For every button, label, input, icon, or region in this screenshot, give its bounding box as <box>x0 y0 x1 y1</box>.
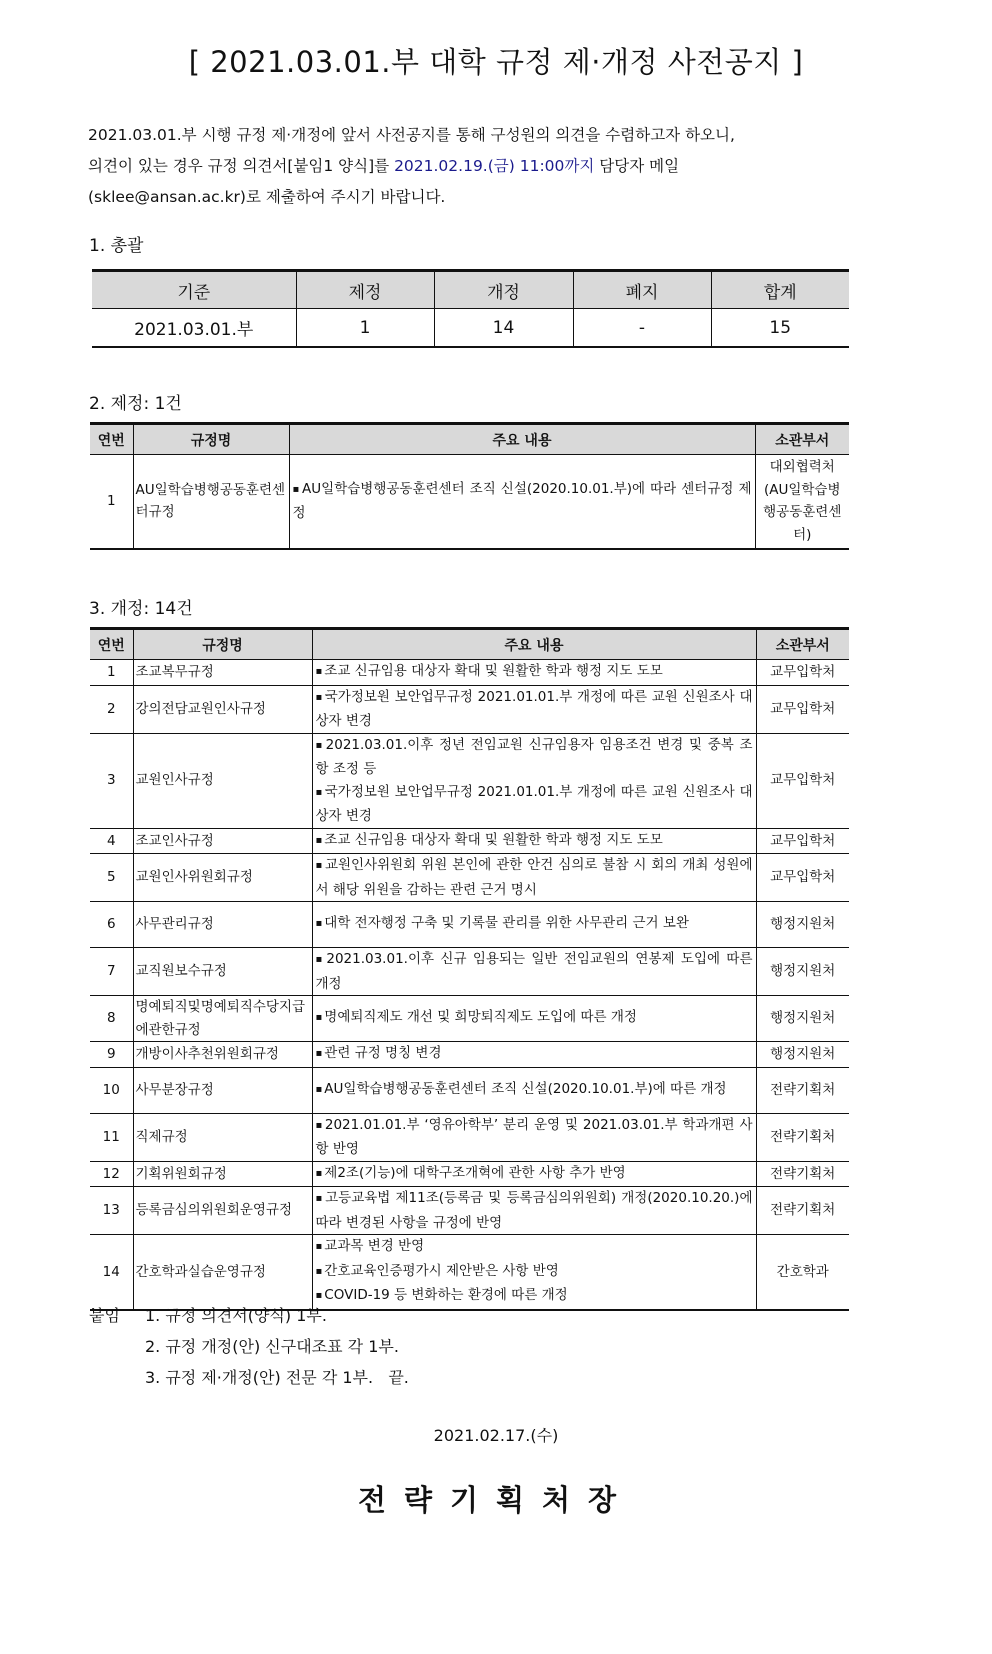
table-row: 10 사무분장규정 AU일학습병행공동훈련센터 조직 신설(2020.10.01… <box>90 1067 849 1113</box>
content-item: 국가정보원 보안업무규정 2021.01.01.부 개정에 따른 교원 신원조사… <box>316 781 753 828</box>
row-number: 14 <box>90 1235 133 1310</box>
main-content: 제2조(기능)에 대학구조개혁에 관한 사항 추가 반영 <box>312 1161 756 1187</box>
department: 전략기획처 <box>756 1187 849 1235</box>
regulation-name: 직제규정 <box>133 1113 312 1161</box>
row-number: 2 <box>90 685 133 733</box>
column-header: 주요 내용 <box>289 424 755 455</box>
row-number: 8 <box>90 996 133 1042</box>
row-number: 5 <box>90 854 133 902</box>
department: 교무입학처 <box>756 733 849 828</box>
table-row: 5 교원인사위원회규정 교원인사위원회 위원 본인에 관한 안건 심의로 불참 … <box>90 854 849 902</box>
department: 행정지원처 <box>756 1042 849 1068</box>
table-cell: 14 <box>434 309 573 348</box>
attachment-item: 2. 규정 개정(안) 신구대조표 각 1부. <box>89 1331 409 1362</box>
regulation-name: 조교인사규정 <box>133 828 312 854</box>
row-number: 4 <box>90 828 133 854</box>
column-header: 주요 내용 <box>312 629 756 660</box>
table-cell: 1 <box>296 309 434 348</box>
row-number: 11 <box>90 1113 133 1161</box>
regulation-name: 사무분장규정 <box>133 1067 312 1113</box>
content-item: 고등교육법 제11조(등록금 및 등록금심의위원회) 개정(2020.10.20… <box>316 1187 753 1234</box>
row-number: 3 <box>90 733 133 828</box>
content-item: 조교 신규임용 대상자 확대 및 원활한 학과 행정 지도 도모 <box>316 660 753 685</box>
main-content: 고등교육법 제11조(등록금 및 등록금심의위원회) 개정(2020.10.20… <box>312 1187 756 1235</box>
main-content: AU일학습병행공동훈련센터 조직 신설(2020.10.01.부)에 따라 센터… <box>289 455 755 549</box>
department: 행정지원처 <box>756 948 849 996</box>
table-row: 14 간호학과실습운영규정 교과목 변경 반영간호교육인증평가시 제안받은 사항… <box>90 1235 849 1310</box>
regulation-name: 간호학과실습운영규정 <box>133 1235 312 1310</box>
content-item: 2021.03.01.이후 정년 전임교원 신규임용자 임용조건 변경 및 중복… <box>316 734 753 781</box>
table-row: 7 교직원보수규정 2021.03.01.이후 신규 임용되는 일반 전임교원의… <box>90 948 849 996</box>
department: 간호학과 <box>756 1235 849 1310</box>
content-item: 관련 규정 명칭 변경 <box>316 1042 753 1067</box>
department: 전략기획처 <box>756 1161 849 1187</box>
column-header: 소관부서 <box>755 424 849 455</box>
amendment-table: 연번 규정명 주요 내용 소관부서 1 조교복무규정 조교 신규임용 대상자 확… <box>90 627 849 1311</box>
content-item: 교과목 변경 반영 <box>316 1235 753 1260</box>
content-item: 교원인사위원회 위원 본인에 관한 안건 심의로 불참 시 회의 개최 성원에서… <box>316 854 753 901</box>
main-content: 국가정보원 보안업무규정 2021.01.01.부 개정에 따른 교원 신원조사… <box>312 685 756 733</box>
intro-line-1: 2021.03.01.부 시행 규정 제·개정에 앞서 사전공지를 통해 구성원… <box>88 120 868 151</box>
amendment-header-row: 연번 규정명 주요 내용 소관부서 <box>90 629 849 660</box>
regulation-name: 교원인사위원회규정 <box>133 854 312 902</box>
column-header: 합계 <box>711 271 849 309</box>
main-content: 관련 규정 명칭 변경 <box>312 1042 756 1068</box>
department: 교무입학처 <box>756 685 849 733</box>
table-row: 2021.03.01.부 1 14 - 15 <box>92 309 849 348</box>
column-header: 규정명 <box>133 424 289 455</box>
row-number: 10 <box>90 1067 133 1113</box>
department: 전략기획처 <box>756 1067 849 1113</box>
column-header: 연번 <box>90 424 133 455</box>
content-item: 명예퇴직제도 개선 및 희망퇴직제도 도입에 따른 개정 <box>316 1006 753 1031</box>
signature: 전략기획처장 <box>0 1478 992 1519</box>
enactment-header-row: 연번 규정명 주요 내용 소관부서 <box>90 424 849 455</box>
regulation-name: 조교복무규정 <box>133 660 312 686</box>
attachments-label: 붙임 <box>89 1300 145 1331</box>
attachments: 붙임1. 규정 의견서(양식) 1부. 2. 규정 개정(안) 신구대조표 각 … <box>89 1300 409 1393</box>
main-content: 대학 전자행정 구축 및 기록물 관리를 위한 사무관리 근거 보완 <box>312 902 756 948</box>
regulation-name: 강의전담교원인사규정 <box>133 685 312 733</box>
main-content: 조교 신규임용 대상자 확대 및 원활한 학과 행정 지도 도모 <box>312 828 756 854</box>
page-title: [ 2021.03.01.부 대학 규정 제·개정 사전공지 ] <box>0 40 992 81</box>
content-item: 2021.01.01.부 ‘영유아학부’ 분리 운영 및 2021.03.01.… <box>316 1114 753 1161</box>
section-heading-enactment: 2. 제정: 1건 <box>89 389 182 414</box>
row-number: 13 <box>90 1187 133 1235</box>
intro-text: 의견이 있는 경우 규정 의견서[붙임1 양식]를 <box>88 157 394 175</box>
table-row: 8 명예퇴직및명예퇴직수당지급에관한규정 명예퇴직제도 개선 및 희망퇴직제도 … <box>90 996 849 1042</box>
section-heading-summary: 1. 총괄 <box>89 231 143 256</box>
main-content: 교과목 변경 반영간호교육인증평가시 제안받은 사항 반영COVID-19 등 … <box>312 1235 756 1310</box>
table-row: 12 기획위원회규정 제2조(기능)에 대학구조개혁에 관한 사항 추가 반영 … <box>90 1161 849 1187</box>
department: 대외협력처(AU일학습병행공동훈련센터) <box>755 455 849 549</box>
main-content: AU일학습병행공동훈련센터 조직 신설(2020.10.01.부)에 따른 개정 <box>312 1067 756 1113</box>
row-number: 12 <box>90 1161 133 1187</box>
attachment-item: 붙임1. 규정 의견서(양식) 1부. <box>89 1300 409 1331</box>
main-content: 2021.01.01.부 ‘영유아학부’ 분리 운영 및 2021.03.01.… <box>312 1113 756 1161</box>
column-header: 소관부서 <box>756 629 849 660</box>
regulation-name: 등록금심의위원회운영규정 <box>133 1187 312 1235</box>
department: 교무입학처 <box>756 854 849 902</box>
content-item: 2021.03.01.이후 신규 임용되는 일반 전임교원의 연봉제 도입에 따… <box>316 948 753 995</box>
column-header: 기준 <box>92 271 296 309</box>
section-heading-amendment: 3. 개정: 14건 <box>89 594 193 619</box>
column-header: 연번 <box>90 629 133 660</box>
department: 교무입학처 <box>756 660 849 686</box>
row-number: 7 <box>90 948 133 996</box>
table-cell: 2021.03.01.부 <box>92 309 296 348</box>
enactment-table: 연번 규정명 주요 내용 소관부서 1 AU일학습병행공동훈련센터규정 AU일학… <box>90 422 849 550</box>
content-item: AU일학습병행공동훈련센터 조직 신설(2020.10.01.부)에 따른 개정 <box>316 1078 753 1103</box>
table-cell: 15 <box>711 309 849 348</box>
table-row: 13 등록금심의위원회운영규정 고등교육법 제11조(등록금 및 등록금심의위원… <box>90 1187 849 1235</box>
column-header: 폐지 <box>573 271 711 309</box>
table-row: 3 교원인사규정 2021.03.01.이후 정년 전임교원 신규임용자 임용조… <box>90 733 849 828</box>
column-header: 제정 <box>296 271 434 309</box>
table-row: 2 강의전담교원인사규정 국가정보원 보안업무규정 2021.01.01.부 개… <box>90 685 849 733</box>
main-content: 2021.03.01.이후 신규 임용되는 일반 전임교원의 연봉제 도입에 따… <box>312 948 756 996</box>
main-content: 교원인사위원회 위원 본인에 관한 안건 심의로 불참 시 회의 개최 성원에서… <box>312 854 756 902</box>
row-number: 1 <box>90 455 133 549</box>
attachment-text: 1. 규정 의견서(양식) 1부. <box>145 1306 327 1325</box>
column-header: 규정명 <box>133 629 312 660</box>
document-date: 2021.02.17.(수) <box>0 1423 992 1446</box>
content-item: 대학 전자행정 구축 및 기록물 관리를 위한 사무관리 근거 보완 <box>316 912 753 937</box>
regulation-name: 개방이사추천위원회규정 <box>133 1042 312 1068</box>
department: 교무입학처 <box>756 828 849 854</box>
intro-text: 담당자 메일 <box>594 157 679 175</box>
table-row: 4 조교인사규정 조교 신규임용 대상자 확대 및 원활한 학과 행정 지도 도… <box>90 828 849 854</box>
deadline-highlight: 2021.02.19.(금) 11:00까지 <box>394 157 594 175</box>
summary-table: 기준 제정 개정 폐지 합계 2021.03.01.부 1 14 - 15 <box>92 269 849 348</box>
regulation-name: 교직원보수규정 <box>133 948 312 996</box>
row-number: 9 <box>90 1042 133 1068</box>
department: 행정지원처 <box>756 996 849 1042</box>
department: 행정지원처 <box>756 902 849 948</box>
intro-line-3: (sklee@ansan.ac.kr)로 제출하여 주시기 바랍니다. <box>88 182 868 213</box>
main-content: 2021.03.01.이후 정년 전임교원 신규임용자 임용조건 변경 및 중복… <box>312 733 756 828</box>
intro-paragraph: 2021.03.01.부 시행 규정 제·개정에 앞서 사전공지를 통해 구성원… <box>88 120 868 213</box>
content-item: 국가정보원 보안업무규정 2021.01.01.부 개정에 따른 교원 신원조사… <box>316 686 753 733</box>
summary-header-row: 기준 제정 개정 폐지 합계 <box>92 271 849 309</box>
content-item: 간호교육인증평가시 제안받은 사항 반영 <box>316 1260 753 1285</box>
table-row: 1 AU일학습병행공동훈련센터규정 AU일학습병행공동훈련센터 조직 신설(20… <box>90 455 849 549</box>
table-row: 9 개방이사추천위원회규정 관련 규정 명칭 변경 행정지원처 <box>90 1042 849 1068</box>
content-item: 제2조(기능)에 대학구조개혁에 관한 사항 추가 반영 <box>316 1162 753 1187</box>
attachment-item: 3. 규정 제·개정(안) 전문 각 1부. 끝. <box>89 1362 409 1393</box>
main-content: 명예퇴직제도 개선 및 희망퇴직제도 도입에 따른 개정 <box>312 996 756 1042</box>
table-row: 6 사무관리규정 대학 전자행정 구축 및 기록물 관리를 위한 사무관리 근거… <box>90 902 849 948</box>
table-cell: - <box>573 309 711 348</box>
regulation-name: AU일학습병행공동훈련센터규정 <box>133 455 289 549</box>
regulation-name: 교원인사규정 <box>133 733 312 828</box>
content-item: 조교 신규임용 대상자 확대 및 원활한 학과 행정 지도 도모 <box>316 829 753 854</box>
regulation-name: 명예퇴직및명예퇴직수당지급에관한규정 <box>133 996 312 1042</box>
department: 전략기획처 <box>756 1113 849 1161</box>
regulation-name: 기획위원회규정 <box>133 1161 312 1187</box>
regulation-name: 사무관리규정 <box>133 902 312 948</box>
intro-line-2: 의견이 있는 경우 규정 의견서[붙임1 양식]를 2021.02.19.(금)… <box>88 151 868 182</box>
row-number: 6 <box>90 902 133 948</box>
table-row: 1 조교복무규정 조교 신규임용 대상자 확대 및 원활한 학과 행정 지도 도… <box>90 660 849 686</box>
main-content: 조교 신규임용 대상자 확대 및 원활한 학과 행정 지도 도모 <box>312 660 756 686</box>
column-header: 개정 <box>434 271 573 309</box>
row-number: 1 <box>90 660 133 686</box>
table-row: 11 직제규정 2021.01.01.부 ‘영유아학부’ 분리 운영 및 202… <box>90 1113 849 1161</box>
content-item: AU일학습병행공동훈련센터 조직 신설(2020.10.01.부)에 따라 센터… <box>293 478 752 525</box>
